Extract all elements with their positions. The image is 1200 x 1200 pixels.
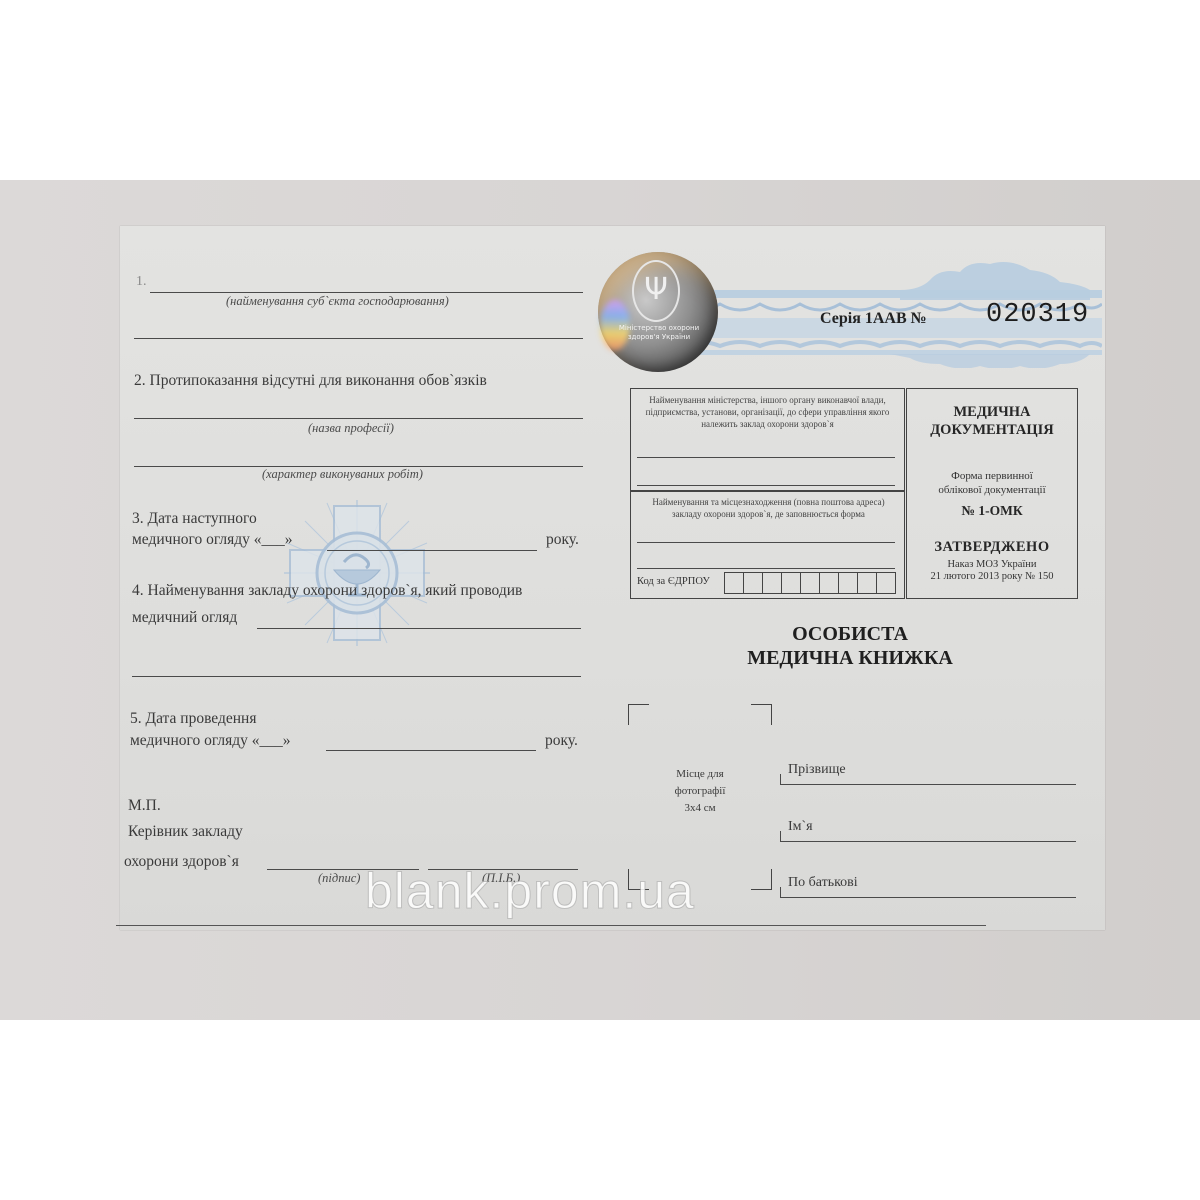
edrpou-cell[interactable] xyxy=(781,572,801,594)
item3-label-line2: медичного огляду «___» xyxy=(132,531,293,549)
bottom-divider xyxy=(116,925,986,926)
subject-name-field-2[interactable] xyxy=(134,338,583,339)
site-watermark: blank.prom.ua xyxy=(365,862,695,920)
order-line2: 21 лютого 2013 року № 150 xyxy=(907,571,1077,583)
form-heading-line2: ДОКУМЕНТАЦІЯ xyxy=(907,421,1077,439)
item1-number: 1. xyxy=(136,274,147,290)
edrpou-cell[interactable] xyxy=(762,572,782,594)
hologram-seal: Ψ Міністерство охорони здоров'я України xyxy=(598,252,718,372)
form-heading-line1: МЕДИЧНА xyxy=(907,403,1077,421)
work-type-caption: (характер виконуваних робіт) xyxy=(262,467,423,482)
profession-caption: (назва професії) xyxy=(308,421,394,436)
item5-label-line2: медичного огляду «___» xyxy=(130,732,291,750)
ministry-field[interactable] xyxy=(637,457,895,458)
hygieia-emblem-icon xyxy=(282,498,432,648)
edrpou-cell[interactable] xyxy=(800,572,820,594)
institution-box: Найменування та місцезнаходження (повна … xyxy=(630,491,905,599)
surname-field[interactable]: Прізвище xyxy=(780,758,1076,785)
medical-book-form: 1. (найменування суб`єкта господарювання… xyxy=(120,226,1105,930)
ministry-caption: Найменування міністерства, іншого органу… xyxy=(645,394,890,430)
stamp-label: М.П. xyxy=(128,797,161,815)
item2-label: 2. Протипоказання відсутні для виконання… xyxy=(134,372,487,390)
photo-label-line3: 3х4 см xyxy=(628,800,772,817)
patronymic-field[interactable]: По батькові xyxy=(780,871,1076,898)
patronymic-label: По батькові xyxy=(788,875,858,891)
item3-label-line1: 3. Дата наступного xyxy=(132,510,257,528)
item4-label-line2: медичний огляд xyxy=(132,609,237,627)
form-type-line1: Форма первинної xyxy=(907,469,1077,483)
item5-suffix: року. xyxy=(545,732,578,750)
photo-label-line2: фотографії xyxy=(628,783,772,800)
head-label-line2: охорони здоров`я xyxy=(124,853,239,871)
surname-label: Прізвище xyxy=(788,762,846,778)
edrpou-cell[interactable] xyxy=(724,572,744,594)
approved-label: ЗАТВЕРДЖЕНО xyxy=(907,539,1077,556)
name-field[interactable]: Ім`я xyxy=(780,815,1076,842)
trident-emblem-icon: Ψ xyxy=(632,260,680,322)
form-number: № 1-ОМК xyxy=(907,503,1077,519)
edrpou-cell[interactable] xyxy=(743,572,763,594)
edrpou-cell[interactable] xyxy=(838,572,858,594)
name-label: Ім`я xyxy=(788,819,813,835)
hologram-text: Міністерство охорони здоров'я України xyxy=(610,324,708,342)
series-label: Серія 1ААВ № xyxy=(820,310,927,328)
title-line2: МЕДИЧНА КНИЖКА xyxy=(660,646,1040,670)
serial-number: 020319 xyxy=(986,300,1089,330)
head-label-line1: Керівник закладу xyxy=(128,823,243,841)
form-type-line2: облікової документації xyxy=(907,483,1077,497)
edrpou-cell[interactable] xyxy=(819,572,839,594)
photo-label-line1: Місце для xyxy=(628,766,772,783)
item4-label-line1: 4. Найменування закладу охорони здоров`я… xyxy=(132,582,522,600)
item3-suffix: року. xyxy=(546,531,579,549)
institution-caption: Найменування та місцезнаходження (повна … xyxy=(641,496,896,520)
exam-date-field[interactable] xyxy=(326,750,536,751)
exam-institution-field[interactable] xyxy=(257,628,581,629)
institution-field-2[interactable] xyxy=(637,568,895,569)
profession-field[interactable] xyxy=(134,418,583,419)
edrpou-cell[interactable] xyxy=(876,572,896,594)
subject-name-field[interactable] xyxy=(150,292,583,293)
ministry-field-2[interactable] xyxy=(637,485,895,486)
ministry-box: Найменування міністерства, іншого органу… xyxy=(630,388,905,491)
exam-institution-field-2[interactable] xyxy=(132,676,581,677)
edrpou-label: Код за ЄДРПОУ xyxy=(637,576,710,587)
form-info-box: МЕДИЧНА ДОКУМЕНТАЦІЯ Форма первинної обл… xyxy=(906,388,1078,599)
subject-name-caption: (найменування суб`єкта господарювання) xyxy=(226,294,449,309)
institution-field[interactable] xyxy=(637,542,895,543)
item5-label-line1: 5. Дата проведення xyxy=(130,710,256,728)
title-line1: ОСОБИСТА xyxy=(660,622,1040,646)
next-exam-date-field[interactable] xyxy=(327,550,537,551)
signature-caption: (підпис) xyxy=(318,871,360,886)
edrpou-code-cells[interactable] xyxy=(725,572,896,594)
order-line1: Наказ МОЗ України xyxy=(907,559,1077,571)
edrpou-cell[interactable] xyxy=(857,572,877,594)
